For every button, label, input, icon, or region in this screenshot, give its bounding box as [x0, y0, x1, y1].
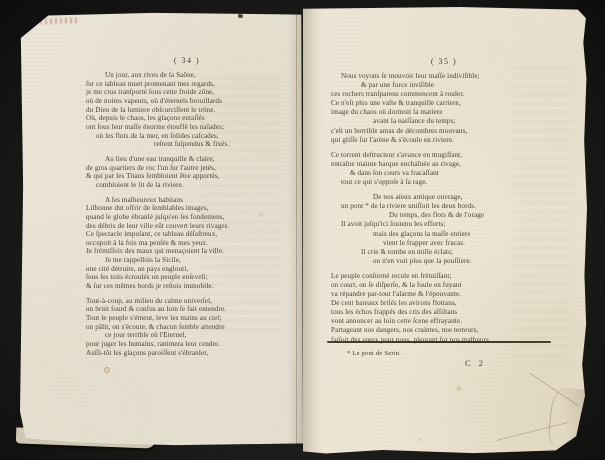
stanza: Nous voyons ſe mouvoir leur maſſe indivi…: [331, 72, 557, 145]
corner-fold: [547, 386, 588, 449]
poem-line: une cité détruite, un pays englouti,: [86, 265, 288, 274]
photo-background: ( 34 ) Un jour, aux rives de la Saône,ſu…: [0, 0, 605, 460]
poem-line: Ce n'eſt plus une vaſte & tranquille car…: [331, 99, 557, 108]
poem-line: Au lieu d'une eau tranquille & claire,: [86, 155, 288, 164]
stanza: Ce torrent deſtructeur s'avance en mugiſ…: [331, 151, 557, 187]
book-page-left: ( 34 ) Un jour, aux rives de la Saône,ſu…: [20, 12, 303, 446]
stanza: Au lieu d'une eau tranquille & claire,de…: [86, 155, 288, 190]
foxing-stain: [418, 437, 422, 441]
left-page-surface: ( 34 ) Un jour, aux rives de la Saône,ſu…: [20, 12, 303, 446]
spine-fold-line: [296, 12, 297, 446]
poem-line: De nos aïeux antique ouvrage,: [331, 193, 557, 202]
signature-mark: C 2: [465, 358, 486, 368]
poem-line: & ſur ces mêmes bords je reſtois immobil…: [86, 282, 288, 291]
poem-line: Un jour, aux rives de la Saône,: [86, 71, 288, 80]
stanza: Le peuple conſterné recule en frémiſſant…: [331, 272, 557, 345]
poem-line: pour juger les humains, ranimera leur ce…: [86, 340, 288, 349]
poem-line: ces rochers tranſparens commencent à rou…: [331, 90, 557, 99]
paper-crease: [496, 422, 568, 441]
book-page-right: ( 35 ) Nous voyons ſe mouvoir leur maſſe…: [303, 7, 587, 454]
paper-crease: [530, 373, 579, 406]
poem-line: ſur ce tableau muet promenant mes regard…: [86, 80, 288, 89]
page-number-35: ( 35 ): [331, 57, 557, 66]
poem-line: vont annoncer au loin cette ſcene effray…: [331, 317, 557, 326]
poem-line: & par une force inviſible: [331, 81, 557, 90]
footnote: * Le pont de Serin.: [347, 350, 401, 357]
poem-line: on pâlit, on s'écoute, & chacun ſemble a…: [86, 323, 288, 332]
poem-line: où de noires vapeurs, où d'éternels brou…: [86, 97, 288, 106]
poem-line: reſtent ſuſpendus & fixés.: [86, 140, 288, 149]
poem-line: Nous voyons ſe mouvoir leur maſſe indivi…: [331, 72, 557, 81]
poem-line: image du chaos où dormoit la matiere: [331, 108, 557, 117]
poem-line: ce jour terrible où l'Eternel,: [86, 331, 288, 340]
poem-line: avant la naiſſance du temps;: [331, 117, 557, 126]
poem-line: du Dieu de la lumiere obſcurciſſent le t…: [86, 106, 288, 115]
poem-line: on court, on ſe diſperſe, & la foule en …: [331, 281, 557, 290]
right-page-surface: ( 35 ) Nous voyons ſe mouvoir leur maſſe…: [303, 7, 587, 454]
poem-line: un bruit ſourd & confus au loin ſe fait …: [86, 305, 288, 314]
poem-line: c'eſt un horrible amas de décombres mouv…: [331, 127, 557, 136]
poem-line: Tout-à-coup, au milieu du calme univerſe…: [86, 297, 288, 306]
stanza: De nos aïeux antique ouvrage,un pont * d…: [331, 193, 557, 266]
poem-line: entraîne mainte barque enchaînée au riva…: [331, 160, 557, 169]
poem-line: occupoit à la fois ma penſée & mes yeux.: [86, 239, 288, 248]
poem-text: Un jour, aux rives de la Saône,ſur ce ta…: [86, 71, 288, 357]
poem-line: tout ce qui s'oppoſe à ſa rage.: [331, 178, 557, 187]
poem-line: ſous ſes toits écroulés un peuple enſeve…: [86, 273, 288, 282]
poem-line: & dans ſon cours va fracaſſant: [331, 169, 557, 178]
poem-line: Partageant nos dangers, nos craintes, no…: [331, 326, 557, 335]
poem-line: qui gliſſe ſur l'arène & s'écoule en riv…: [331, 136, 557, 145]
poem-line: combloient le lit de la riviere.: [86, 181, 288, 190]
poem-line: Liſbonne dut offrir de ſemblables images…: [86, 204, 288, 213]
ink-speck: [238, 14, 243, 18]
gutter-shadow: [303, 7, 323, 454]
left-page-text: ( 34 ) Un jour, aux rives de la Saône,ſu…: [86, 56, 288, 363]
poem-line: Du temps, des flots & de l'orage: [331, 211, 557, 220]
poem-line: A ſes malheureux habitans: [86, 196, 288, 205]
poem-line: Ce torrent deſtructeur s'avance en mugiſ…: [331, 151, 557, 160]
poem-line: va répandre par-tout l'alarme & l'épouva…: [331, 290, 557, 299]
poem-line: Je frémiſſois des maux qui menaçoient la…: [86, 247, 288, 256]
poem-line: Je me rappellois la Sicile,: [86, 256, 288, 265]
stanza: A ſes malheureux habitansLiſbonne dut of…: [86, 196, 288, 291]
poem-line: ont ſous leur maſſe énorme étouffé les n…: [86, 123, 288, 132]
poem-line: & qui par les Titans ſembloient être app…: [86, 172, 288, 181]
poem-line: tous les échos frappés des cris des aſſi…: [331, 308, 557, 317]
poem-line: De cent bateaux briſés les avirons flott…: [331, 299, 557, 308]
stanza: Tout-à-coup, au milieu du calme univerſe…: [86, 297, 288, 358]
poem-line: Il crie & tombe en mille éclats;: [331, 248, 557, 257]
gutter-shadow: [287, 12, 303, 446]
footnote-rule: [327, 341, 551, 343]
poem-line: on n'en voit plus que la pouſſiere.: [331, 257, 557, 266]
poem-line: des débris de leur ville eût couvert leu…: [86, 222, 288, 231]
ink-blot: [104, 367, 110, 373]
poem-line: Ce ſpectacle impoſant, ce tableau déſaſt…: [86, 230, 288, 239]
poem-line: Auſſi-tôt les glaçons paroiſſent s'ébran…: [86, 349, 288, 358]
handwriting-smudge: [40, 17, 78, 24]
page-number-34: ( 34 ): [86, 56, 288, 65]
poem-line: Le peuple conſterné recule en frémiſſant…: [331, 272, 557, 281]
poem-text: Nous voyons ſe mouvoir leur maſſe indivi…: [331, 72, 557, 345]
poem-line: de gros quartiers de roc l'un ſur l'autr…: [86, 164, 288, 173]
poem-line: où les flots de la mer, en ſolides caſca…: [86, 132, 288, 141]
poem-line: Où, depuis le chaos, les glaçons entaſſé…: [86, 114, 288, 123]
poem-line: Il avoit juſqu'ici ſoutenu les efforts;: [331, 220, 557, 229]
right-page-text: ( 35 ) Nous voyons ſe mouvoir leur maſſe…: [331, 57, 557, 351]
foxing-stain: [455, 385, 462, 392]
stanza: Un jour, aux rives de la Saône,ſur ce ta…: [86, 71, 288, 149]
poem-line: je me crus tranſporté ſous cette froide …: [86, 88, 288, 97]
poem-line: Tout le peuple s'émeut, leve les mains a…: [86, 314, 288, 323]
poem-line: mais des glaçons la maſſe entiere: [331, 230, 557, 239]
poem-line: un pont * de la riviere uniſſoit les deu…: [331, 202, 557, 211]
poem-line: quand le globe ébranlé juſqu'en ſes fond…: [86, 213, 288, 222]
poem-line: vient le frapper avec fracas.: [331, 239, 557, 248]
